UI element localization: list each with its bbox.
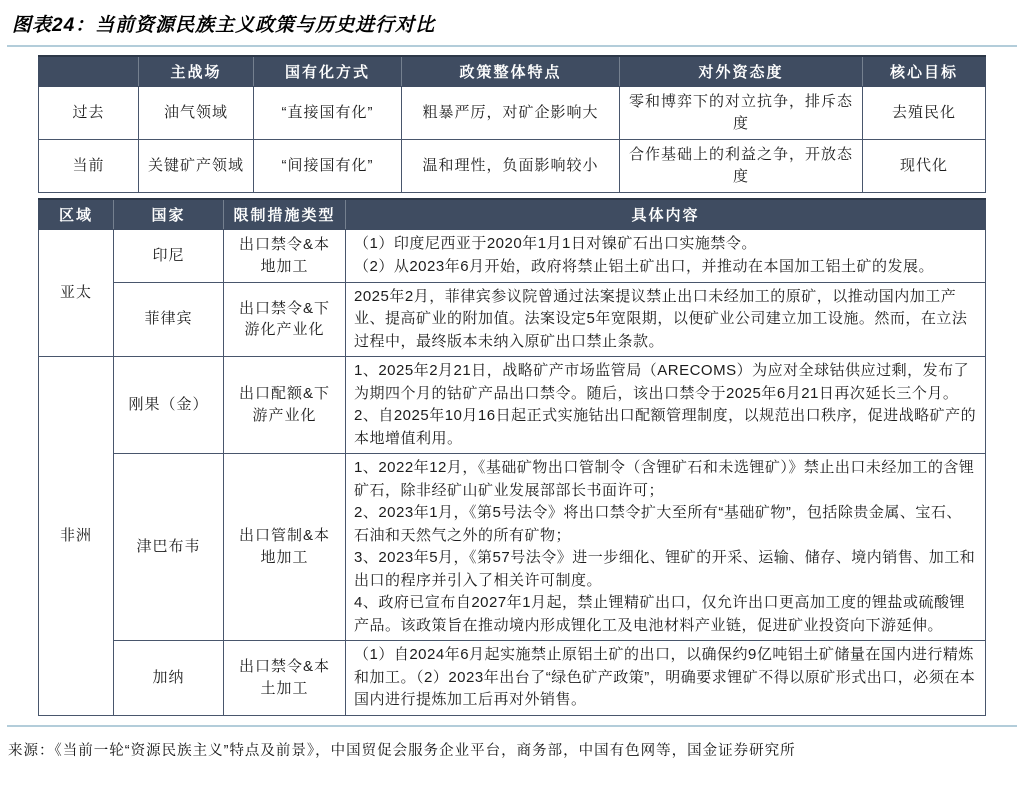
col-header-region: 区域 xyxy=(39,199,114,230)
tables-container: 主战场 国有化方式 政策整体特点 对外资态度 核心目标 过去 油气领域 “直接国… xyxy=(0,47,1024,716)
region-label-asia-pacific: 亚太 xyxy=(39,230,114,357)
cell-country: 津巴布韦 xyxy=(114,454,224,641)
table-row-zimbabwe: 津巴布韦 出口管制&本地加工 1、2022年12月，《基础矿物出口管制令（含锂矿… xyxy=(39,454,986,641)
cell-foreign-attitude: 合作基础上的利益之争，开放态度 xyxy=(620,140,863,193)
col-header-blank xyxy=(39,56,139,87)
comparison-table: 主战场 国有化方式 政策整体特点 对外资态度 核心目标 过去 油气领域 “直接国… xyxy=(38,55,986,193)
cell-measure: 出口禁令&下游化产业化 xyxy=(224,282,346,357)
cell-foreign-attitude: 零和博弈下的对立抗争，排斥态度 xyxy=(620,87,863,140)
col-header-country: 国家 xyxy=(114,199,224,230)
col-header-core-goal: 核心目标 xyxy=(863,56,986,87)
cell-detail: 1、2025年2月21日，战略矿产市场监管局（ARECOMS）为应对全球钴供应过… xyxy=(346,357,986,454)
cell-country: 菲律宾 xyxy=(114,282,224,357)
table-row-drc: 非洲 刚果（金） 出口配额&下游产业化 1、2025年2月21日，战略矿产市场监… xyxy=(39,357,986,454)
cell-battlefield: 油气领域 xyxy=(139,87,254,140)
cell-feature: 温和理性，负面影响较小 xyxy=(402,140,620,193)
cell-measure: 出口管制&本地加工 xyxy=(224,454,346,641)
cell-goal: 去殖民化 xyxy=(863,87,986,140)
table-row-ghana: 加纳 出口禁令&本土加工 （1）自2024年6月起实施禁止原铝土矿的出口，以确保… xyxy=(39,641,986,716)
comparison-header-row: 主战场 国有化方式 政策整体特点 对外资态度 核心目标 xyxy=(39,56,986,87)
row-label-current: 当前 xyxy=(39,140,139,193)
cell-country: 刚果（金） xyxy=(114,357,224,454)
cell-country: 加纳 xyxy=(114,641,224,716)
cell-battlefield: 关键矿产领域 xyxy=(139,140,254,193)
col-header-measure-type: 限制措施类型 xyxy=(224,199,346,230)
cell-detail: 2025年2月，菲律宾参议院曾通过法案提议禁止出口未经加工的原矿，以推动国内加工… xyxy=(346,282,986,357)
cell-goal: 现代化 xyxy=(863,140,986,193)
table-row-past: 过去 油气领域 “直接国有化” 粗暴严厉，对矿企影响大 零和博弈下的对立抗争，排… xyxy=(39,87,986,140)
source-note: 来源：《当前一轮“资源民族主义”特点及前景》，中国贸促会服务企业平台，商务部，中… xyxy=(0,727,1024,760)
cell-detail: （1）印度尼西亚于2020年1月1日对镍矿石出口实施禁令。 （2）从2023年6… xyxy=(346,230,986,283)
col-header-foreign-attitude: 对外资态度 xyxy=(620,56,863,87)
col-header-nationalization-method: 国有化方式 xyxy=(254,56,402,87)
cell-feature: 粗暴严厉，对矿企影响大 xyxy=(402,87,620,140)
col-header-policy-feature: 政策整体特点 xyxy=(402,56,620,87)
col-header-detail: 具体内容 xyxy=(346,199,986,230)
cell-detail: （1）自2024年6月起实施禁止原铝土矿的出口，以确保约9亿吨铝土矿储量在国内进… xyxy=(346,641,986,716)
report-figure-page: 图表24：当前资源民族主义政策与历史进行对比 主战场 国有化方式 政策整体特点 … xyxy=(0,0,1024,795)
policy-header-row: 区域 国家 限制措施类型 具体内容 xyxy=(39,199,986,230)
policy-table: 区域 国家 限制措施类型 具体内容 亚太 印尼 出口禁令&本地加工 （1）印度尼… xyxy=(38,198,986,716)
cell-measure: 出口配额&下游产业化 xyxy=(224,357,346,454)
cell-method: “间接国有化” xyxy=(254,140,402,193)
cell-detail: 1、2022年12月，《基础矿物出口管制令（含锂矿石和未选锂矿）》禁止出口未经加… xyxy=(346,454,986,641)
cell-country: 印尼 xyxy=(114,230,224,283)
region-label-africa: 非洲 xyxy=(39,357,114,716)
cell-method: “直接国有化” xyxy=(254,87,402,140)
table-row-indonesia: 亚太 印尼 出口禁令&本地加工 （1）印度尼西亚于2020年1月1日对镍矿石出口… xyxy=(39,230,986,283)
row-label-past: 过去 xyxy=(39,87,139,140)
table-row-current: 当前 关键矿产领域 “间接国有化” 温和理性，负面影响较小 合作基础上的利益之争… xyxy=(39,140,986,193)
figure-title: 图表24：当前资源民族主义政策与历史进行对比 xyxy=(0,0,1024,45)
col-header-battlefield: 主战场 xyxy=(139,56,254,87)
cell-measure: 出口禁令&本地加工 xyxy=(224,230,346,283)
table-row-philippines: 菲律宾 出口禁令&下游化产业化 2025年2月，菲律宾参议院曾通过法案提议禁止出… xyxy=(39,282,986,357)
cell-measure: 出口禁令&本土加工 xyxy=(224,641,346,716)
